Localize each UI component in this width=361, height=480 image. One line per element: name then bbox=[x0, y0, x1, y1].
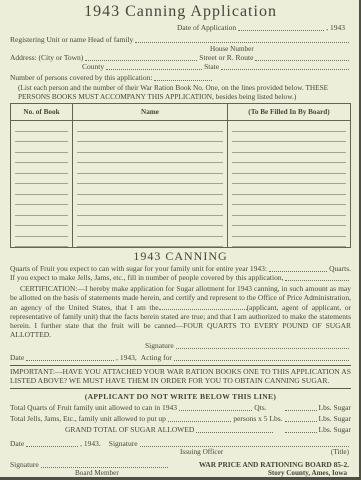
table-blank-cell bbox=[72, 184, 228, 195]
county-label: County bbox=[82, 62, 104, 71]
table-blank-cell bbox=[72, 237, 228, 248]
house-number-label: House Number bbox=[210, 46, 351, 53]
persons-covered-line: Number of persons covered by this applic… bbox=[10, 73, 351, 82]
total-jells-sugar-blank-line bbox=[285, 414, 317, 422]
board-signature-label: Signature bbox=[10, 460, 39, 469]
total-quarts-sugar-label: Lbs. Sugar bbox=[319, 403, 352, 412]
ration-book-note: (List each person and the number of thei… bbox=[18, 84, 351, 101]
grand-total-blank-line bbox=[196, 425, 272, 433]
date-acting-line: Date , 1943, Acting for bbox=[10, 353, 351, 362]
persons-blank-line bbox=[154, 73, 212, 81]
table-blank-cell bbox=[228, 195, 350, 206]
jells-blank-line bbox=[285, 273, 349, 281]
certification-blank-line bbox=[159, 303, 247, 310]
table-blank-row bbox=[11, 153, 350, 164]
applicant-signature-line: Signature bbox=[145, 341, 351, 350]
divider-rule-bottom bbox=[10, 388, 351, 389]
jells-jams-line: If you expect to make Jells, Jams, etc.,… bbox=[10, 273, 351, 282]
table-blank-row bbox=[11, 184, 350, 195]
table-blank-cell bbox=[72, 121, 228, 132]
table-blank-cell bbox=[72, 226, 228, 237]
header-no-of-book: No. of Book bbox=[11, 104, 72, 120]
form-title: 1943 Canning Application bbox=[10, 3, 351, 21]
table-blank-cell bbox=[11, 205, 72, 216]
grand-total-sugar-blank-line bbox=[285, 425, 317, 433]
table-header-row: No. of Book Name (To Be Filled In By Boa… bbox=[11, 104, 350, 121]
table-blank-cell bbox=[228, 153, 350, 164]
table-blank-cell bbox=[228, 121, 350, 132]
table-blank-row bbox=[11, 195, 350, 206]
canning-application-form: 1943 Canning Application Date of Applica… bbox=[0, 0, 361, 480]
total-quarts-blank-line bbox=[179, 403, 252, 411]
grand-total-line: GRAND TOTAL OF SUGAR ALLOWED Lbs. Sugar bbox=[65, 425, 351, 434]
board-signature-blank-line bbox=[41, 460, 168, 468]
divider-rule-top bbox=[10, 365, 351, 366]
date-blank-line bbox=[238, 23, 324, 31]
board-section-heading: (APPLICANT DO NOT WRITE BELOW THIS LINE) bbox=[10, 392, 351, 401]
total-quarts-qts-label: Qts. bbox=[254, 403, 266, 412]
registering-unit-label: Registering Unit or name Head of family bbox=[10, 35, 133, 44]
quarts-suffix-label: Quarts. bbox=[329, 264, 351, 273]
table-blank-row bbox=[11, 174, 350, 185]
table-blank-cell bbox=[72, 142, 228, 153]
issuing-officer-label: Issuing Officer bbox=[180, 448, 223, 456]
total-jells-persons-label: persons x 5 Lbs. bbox=[233, 414, 282, 423]
table-blank-row bbox=[11, 226, 350, 237]
table-blank-row bbox=[11, 163, 350, 174]
total-quarts-line: Total Quarts of Fruit family unit allowe… bbox=[10, 403, 351, 412]
header-filled-by-board: (To Be Filled In By Board) bbox=[228, 104, 350, 120]
issuing-date-signature-line: Date , 1943. Signature bbox=[10, 439, 351, 448]
city-label: Address: (City or Town) bbox=[10, 53, 83, 62]
acting-date-label: Date bbox=[10, 353, 24, 362]
table-blank-cell bbox=[11, 226, 72, 237]
address-line: Address: (City or Town) Street or R. Rou… bbox=[10, 53, 351, 62]
date-year-label: , 1943 bbox=[326, 23, 345, 32]
title-label: (Title) bbox=[331, 448, 349, 456]
table-blank-cell bbox=[11, 237, 72, 248]
important-notice: IMPORTANT:—HAVE YOU ATTACHED YOUR WAR RA… bbox=[10, 368, 351, 386]
registering-unit-blank-line bbox=[135, 35, 349, 43]
table-blank-cell bbox=[228, 163, 350, 174]
table-blank-cell bbox=[11, 121, 72, 132]
table-blank-row bbox=[11, 142, 350, 153]
table-blank-cell bbox=[11, 163, 72, 174]
table-blank-cell bbox=[11, 153, 72, 164]
table-blank-row bbox=[11, 132, 350, 143]
header-name: Name bbox=[72, 104, 228, 120]
ration-book-table-body bbox=[11, 121, 350, 247]
county-line: County State bbox=[82, 62, 351, 71]
acting-for-label: Acting for bbox=[141, 353, 172, 362]
issuing-signature-label: Signature bbox=[109, 439, 138, 448]
table-blank-cell bbox=[228, 142, 350, 153]
table-blank-row bbox=[11, 205, 350, 216]
table-blank-cell bbox=[72, 195, 228, 206]
table-blank-cell bbox=[228, 184, 350, 195]
table-blank-cell bbox=[72, 132, 228, 143]
table-blank-cell bbox=[72, 163, 228, 174]
board-signature-line: Signature WAR PRICE AND RATIONING BOARD … bbox=[10, 460, 351, 469]
total-quarts-label: Total Quarts of Fruit family unit allowe… bbox=[10, 403, 177, 412]
applicant-signature-label: Signature bbox=[145, 341, 174, 350]
table-blank-cell bbox=[228, 132, 350, 143]
table-blank-row bbox=[11, 237, 350, 248]
county-blank-line bbox=[106, 62, 202, 70]
table-blank-row bbox=[11, 121, 350, 132]
persons-covered-label: Number of persons covered by this applic… bbox=[10, 73, 152, 82]
certification-paragraph: CERTIFICATION:—I hereby make application… bbox=[10, 284, 351, 340]
table-blank-cell bbox=[228, 216, 350, 227]
total-jells-blank-line bbox=[168, 414, 231, 422]
table-blank-cell bbox=[72, 216, 228, 227]
table-blank-cell bbox=[72, 205, 228, 216]
total-jells-label: Total Jells, Jams, Etc., family unit all… bbox=[10, 414, 166, 423]
date-of-application-line: Date of Application , 1943 bbox=[177, 22, 351, 32]
total-jells-sugar-label: Lbs. Sugar bbox=[319, 414, 352, 423]
street-label: Street or R. Route bbox=[199, 53, 253, 62]
canning-section-heading: 1943 CANNING bbox=[10, 250, 351, 263]
table-blank-cell bbox=[228, 226, 350, 237]
table-blank-cell bbox=[72, 174, 228, 185]
grand-total-label: GRAND TOTAL OF SUGAR ALLOWED bbox=[65, 425, 194, 434]
grand-total-sugar-label: Lbs. Sugar bbox=[319, 425, 352, 434]
table-blank-cell bbox=[72, 153, 228, 164]
issuing-date-label: Date bbox=[10, 439, 24, 448]
quarts-of-fruit-line: Quarts of Fruit you expect to can with s… bbox=[10, 264, 351, 273]
issuing-year-label: , 1943. bbox=[80, 439, 101, 448]
table-blank-cell bbox=[228, 174, 350, 185]
table-blank-cell bbox=[11, 132, 72, 143]
table-blank-cell bbox=[11, 174, 72, 185]
issuing-officer-row: Issuing Officer (Title) bbox=[10, 448, 351, 456]
rationing-board-name: WAR PRICE AND RATIONING BOARD 85-2. bbox=[199, 460, 349, 469]
total-quarts-sugar-blank-line bbox=[285, 403, 317, 411]
issuing-date-blank-line bbox=[26, 439, 78, 447]
street-blank-line bbox=[255, 53, 349, 61]
state-label: State bbox=[204, 62, 219, 71]
registering-unit-line: Registering Unit or name Head of family bbox=[10, 35, 351, 44]
state-blank-line bbox=[221, 62, 349, 70]
table-blank-cell bbox=[228, 237, 350, 248]
quarts-of-fruit-label: Quarts of Fruit you expect to can with s… bbox=[10, 264, 267, 273]
total-jells-line: Total Jells, Jams, Etc., family unit all… bbox=[10, 414, 351, 423]
city-blank-line bbox=[85, 53, 197, 61]
table-blank-row bbox=[11, 216, 350, 227]
quarts-blank-line bbox=[269, 264, 327, 272]
jells-jams-label: If you expect to make Jells, Jams, etc.,… bbox=[10, 273, 283, 282]
table-blank-cell bbox=[11, 184, 72, 195]
table-blank-cell bbox=[11, 142, 72, 153]
date-of-application-label: Date of Application bbox=[177, 23, 236, 32]
applicant-signature-blank-line bbox=[176, 341, 349, 349]
issuing-signature-blank-line bbox=[140, 439, 349, 447]
acting-date-blank-line bbox=[26, 353, 114, 361]
acting-for-blank-line bbox=[174, 353, 349, 361]
table-blank-cell bbox=[228, 205, 350, 216]
acting-year-label: , 1943, bbox=[116, 353, 137, 362]
table-blank-cell bbox=[11, 216, 72, 227]
table-blank-cell bbox=[11, 195, 72, 206]
ration-book-table: No. of Book Name (To Be Filled In By Boa… bbox=[10, 103, 351, 248]
